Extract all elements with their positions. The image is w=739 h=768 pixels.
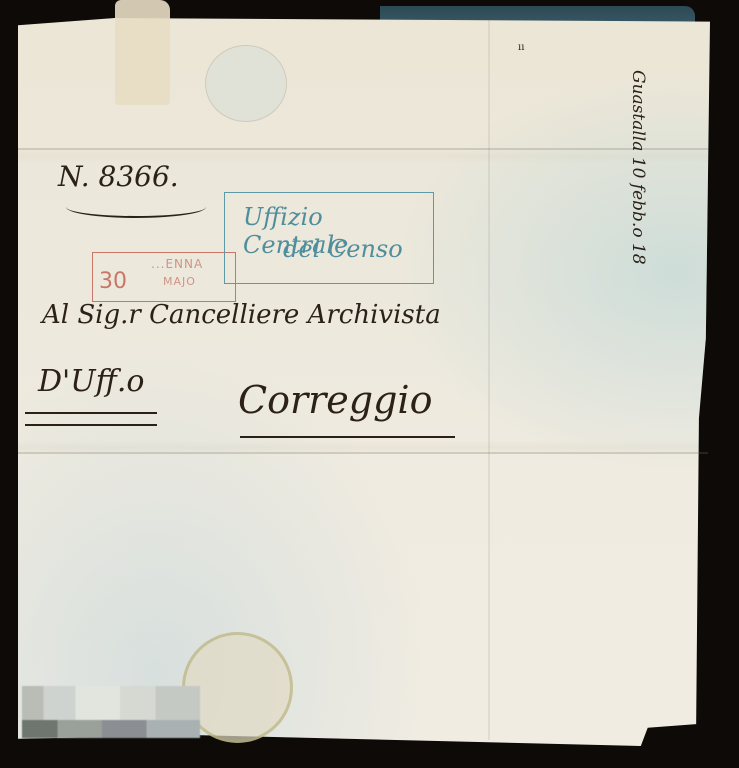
destination-city: Correggio <box>238 378 432 422</box>
cachet-line-2: del Censo <box>283 235 403 263</box>
corner-mark: ıı <box>518 42 524 53</box>
flourish <box>66 196 206 218</box>
addressee: Al Sig.r Cancelliere Archivista <box>42 300 441 330</box>
fold-line <box>18 452 708 454</box>
underline <box>25 424 157 426</box>
underline <box>25 412 157 414</box>
tape-remnant <box>115 0 170 105</box>
fold-line <box>18 148 708 150</box>
postage-rate: 30 <box>99 269 127 294</box>
blue-official-cachet: Uffizio Centrale del Censo <box>224 192 434 284</box>
reference-number: N. 8366. <box>58 160 179 193</box>
service-mark: D'Uff.o <box>38 364 144 399</box>
underline <box>240 436 455 438</box>
postmark-town: ...ENNA <box>151 257 203 271</box>
docket-note: Guastalla 10 febb.o 18 <box>628 70 648 265</box>
red-boxed-postmark: 30 ...ENNA MAJO <box>92 252 236 302</box>
fold-line <box>488 20 490 740</box>
postmark-month: MAJO <box>163 275 196 288</box>
wax-seal-remnant <box>205 45 287 122</box>
redacted-watermark <box>22 686 200 738</box>
